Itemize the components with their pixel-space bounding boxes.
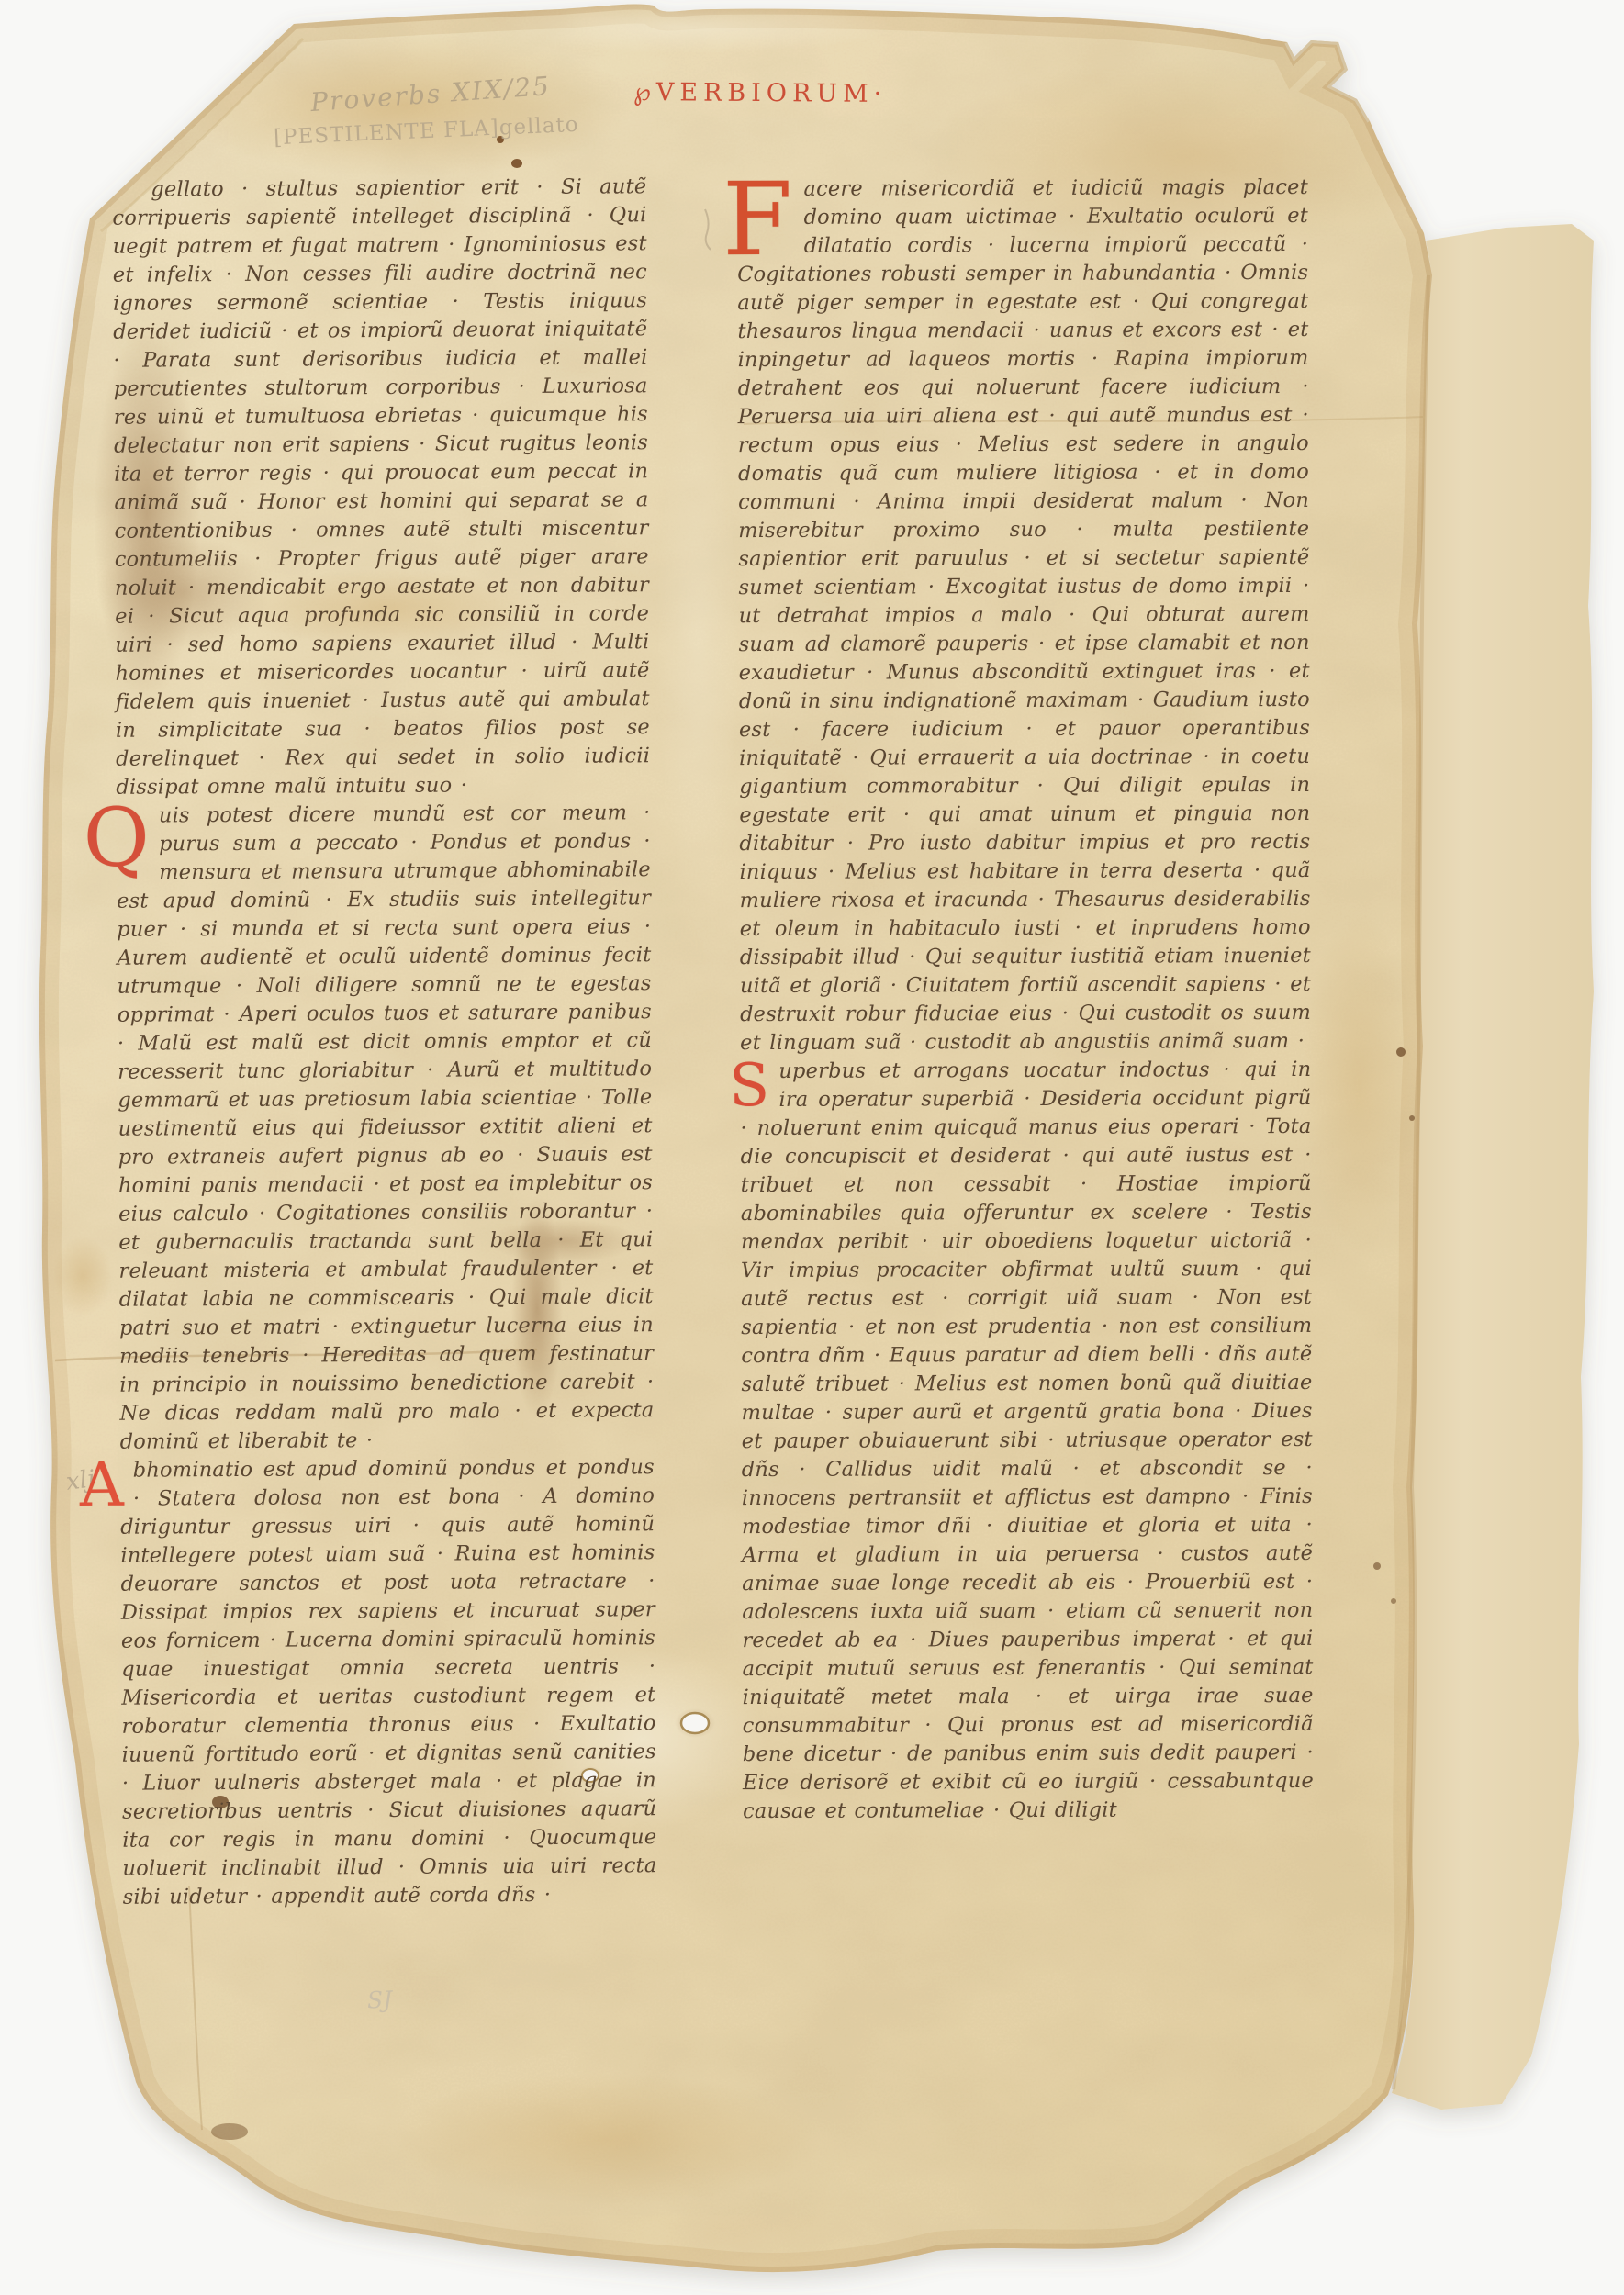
manuscript-text: acere misericordiã et iudiciũ magis plac… [737, 175, 1311, 1055]
text-block: Facere misericordiã et iudiciũ magis pla… [737, 174, 1311, 1058]
text-layer: Proverbs XIX/25 [PESTILENTE FLA]gellato … [0, 0, 1624, 2295]
pencil-annotation-incipit: [PESTILENTE FLA]gellato [274, 113, 580, 150]
manuscript-text: uperbus et arrogans uocatur indoctus · q… [740, 1058, 1314, 1823]
text-block: Abhominatio est apud dominũ pondus et po… [120, 1453, 657, 1912]
initial-Q: Q [83, 808, 150, 868]
pencil-bottom-mark: SJ [367, 1987, 393, 2014]
text-block: Superbus et arrogans uocatur indoctus · … [740, 1056, 1314, 1826]
manuscript-text: bhominatio est apud dominũ pondus et pon… [120, 1455, 656, 1909]
manuscript-text: gellato · stultus sapientior erit · Si a… [112, 174, 650, 800]
initial-F: F [722, 181, 793, 258]
text-column-right: Facere misericordiã et iudiciũ magis pla… [737, 174, 1314, 1826]
manuscript-photo: Proverbs XIX/25 [PESTILENTE FLA]gellato … [0, 0, 1624, 2295]
initial-A: A [80, 1461, 124, 1510]
pencil-annotation-title: Proverbs XIX/25 [309, 71, 552, 118]
text-column-left: gellato · stultus sapientior erit · Si a… [112, 173, 657, 1912]
text-block: gellato · stultus sapientior erit · Si a… [112, 173, 650, 802]
text-block: Quis potest dicere mundũ est cor meum · … [116, 799, 654, 1457]
manuscript-text: uis potest dicere mundũ est cor meum · p… [117, 800, 655, 1454]
running-title-rubric: ℘VERBIORUM· [633, 78, 888, 108]
initial-S: S [729, 1061, 769, 1111]
